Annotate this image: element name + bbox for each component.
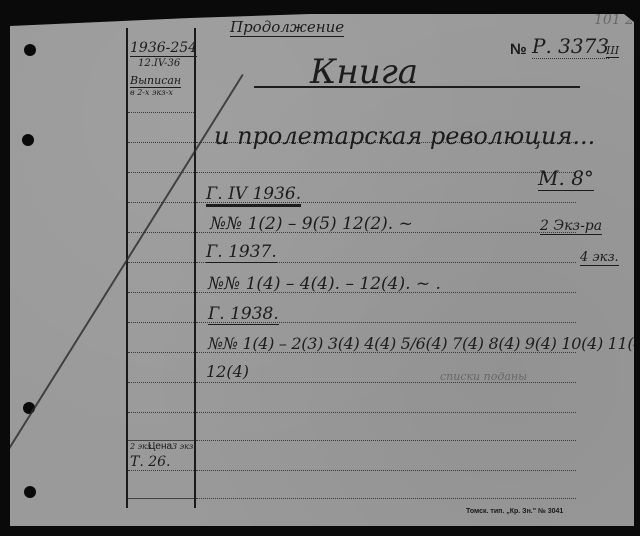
corner-pencil-mark: 101 2 xyxy=(594,12,634,28)
punch-hole-middle xyxy=(22,134,34,146)
left-rule xyxy=(128,352,194,353)
punch-hole-bottom xyxy=(24,486,36,498)
left-column-border xyxy=(126,28,128,508)
catalog-card: Продолжение 101 2 № Р. 3373 III Книга и … xyxy=(10,14,634,526)
faint-pencil-note: списки поданы xyxy=(440,370,527,383)
left-rule xyxy=(128,112,194,113)
price-value: Т. 26. xyxy=(130,454,171,470)
left-rule xyxy=(128,172,194,173)
body-rule xyxy=(196,470,576,471)
printer-imprint: Томск. тип. „Кр. Зн." № 3041 xyxy=(466,508,563,515)
catalog-number-suffix: III xyxy=(606,44,619,58)
left-rule xyxy=(128,262,194,263)
title-underline xyxy=(254,86,580,88)
body-rule xyxy=(196,498,576,499)
right-column-border xyxy=(194,28,196,508)
left-rule xyxy=(128,498,194,499)
catalog-number: Р. 3373 xyxy=(532,34,609,59)
year-label-1937: Г. 1937. xyxy=(206,242,277,263)
left-rule xyxy=(128,142,194,143)
left-rule xyxy=(128,322,194,323)
copies-1937: 4 экз. xyxy=(580,250,619,266)
left-rule xyxy=(128,412,194,413)
body-rule xyxy=(196,172,576,173)
accession-date: 12.IV-36 xyxy=(138,58,180,69)
left-rule xyxy=(128,382,194,383)
left-rule xyxy=(128,292,194,293)
price-label: Цена xyxy=(148,441,172,452)
continuation-note: Продолжение xyxy=(230,18,344,37)
year-label-1936: Г. IV 1936. xyxy=(206,184,301,207)
price-suffix: 3 экз xyxy=(172,442,193,451)
place-format: М. 8° xyxy=(538,166,594,191)
catalog-number-label: № xyxy=(510,41,527,58)
body-rule xyxy=(196,412,576,413)
title-line-2: и пролетарская революция... xyxy=(214,122,595,150)
issues-1937: №№ 1(4) – 4(4). – 12(4). ~ . xyxy=(208,274,441,294)
source-line-2: в 2-х экз-х xyxy=(130,88,173,97)
punch-hole-top xyxy=(24,44,36,56)
left-rule xyxy=(128,232,194,233)
body-rule xyxy=(196,440,576,441)
issues-1938-continued: 12(4) xyxy=(206,362,249,381)
issues-1936: №№ 1(2) – 9(5) 12(2). ~ xyxy=(210,214,413,234)
accession-number: 1936-254 xyxy=(130,40,197,57)
cancellation-stroke xyxy=(0,74,243,473)
issues-1938: №№ 1(4) – 2(3) 3(4) 4(4) 5/6(4) 7(4) 8(4… xyxy=(208,334,640,353)
source-line-1: Выписан xyxy=(130,74,181,88)
copies-1936: 2 Экз-ра xyxy=(540,218,602,235)
left-rule xyxy=(128,470,194,471)
year-label-1938: Г. 1938. xyxy=(208,304,279,325)
